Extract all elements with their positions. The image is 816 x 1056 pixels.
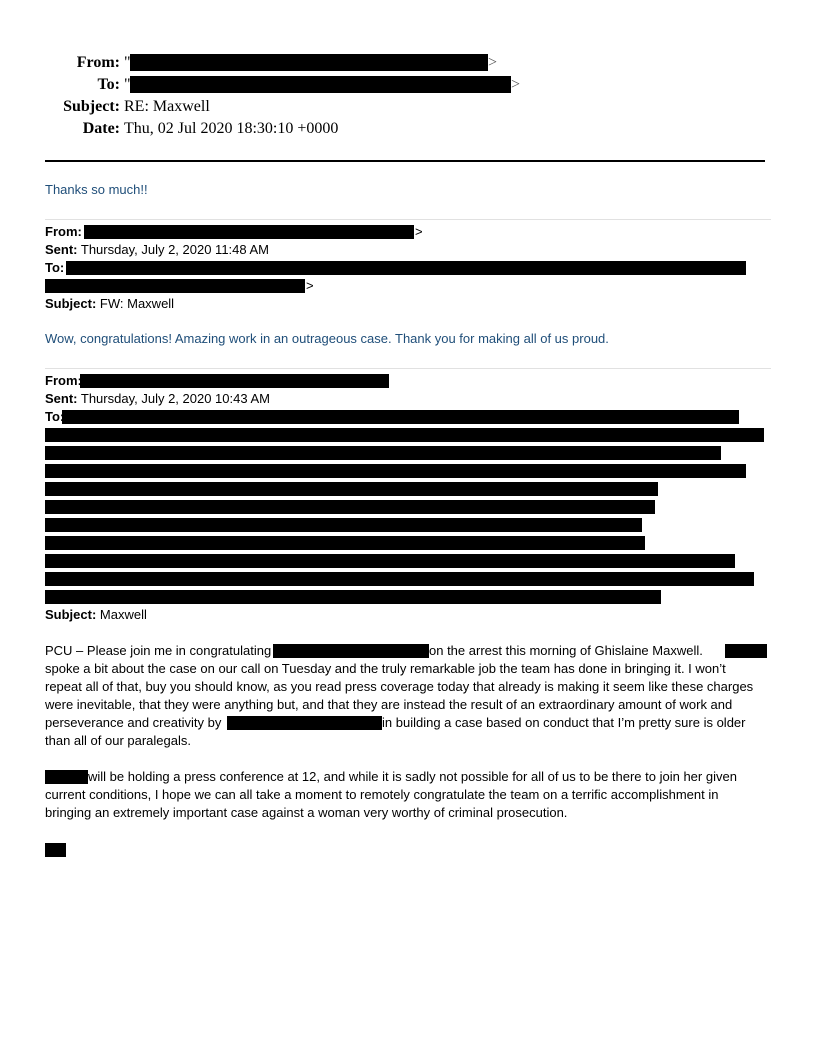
sent-label: Sent: bbox=[45, 242, 78, 257]
body-text: current conditions, I hope we can all ta… bbox=[45, 787, 718, 802]
redaction-block bbox=[84, 225, 414, 239]
redaction-block bbox=[45, 279, 305, 293]
from-label: From: bbox=[45, 224, 82, 239]
date-label: Date: bbox=[40, 120, 120, 138]
body-text: on the arrest this morning of Ghislaine … bbox=[429, 643, 703, 658]
body-text: spoke a bit about the case on our call o… bbox=[45, 661, 726, 676]
redaction-block bbox=[45, 554, 735, 568]
redaction-block bbox=[45, 536, 645, 550]
sent-value: Thursday, July 2, 2020 11:48 AM bbox=[81, 242, 269, 257]
body-text: PCU – Please join me in congratulating bbox=[45, 643, 271, 658]
subject-label: Subject: bbox=[45, 607, 96, 622]
forward-body: Wow, congratulations! Amazing work in an… bbox=[45, 331, 609, 346]
message-separator bbox=[45, 219, 771, 220]
redaction-block bbox=[45, 518, 642, 532]
body-text: bringing an extremely important case aga… bbox=[45, 805, 567, 820]
redaction-block bbox=[45, 464, 746, 478]
redaction-block bbox=[45, 572, 754, 586]
redaction-block bbox=[130, 76, 511, 93]
subject-label: Subject: bbox=[45, 296, 96, 311]
message-separator bbox=[45, 368, 771, 369]
sent-line: Sent: Thursday, July 2, 2020 10:43 AM bbox=[45, 391, 270, 406]
redaction-block bbox=[45, 590, 661, 604]
redaction-block bbox=[45, 428, 764, 442]
subject-line: Subject: FW: Maxwell bbox=[45, 296, 174, 311]
sent-value: Thursday, July 2, 2020 10:43 AM bbox=[81, 391, 270, 406]
reply-body: Thanks so much!! bbox=[45, 182, 148, 197]
signature-redaction bbox=[45, 843, 66, 857]
redaction-block bbox=[62, 410, 739, 424]
body-text: were inevitable, that they were anything… bbox=[45, 697, 732, 712]
subject-label: Subject: bbox=[40, 98, 120, 116]
redaction-block bbox=[273, 644, 429, 658]
subject-value: FW: Maxwell bbox=[100, 296, 174, 311]
redaction-block bbox=[45, 770, 88, 784]
redaction-block bbox=[45, 500, 655, 514]
from-label: From: bbox=[40, 54, 120, 72]
header-divider bbox=[45, 160, 765, 162]
to-label: To: bbox=[40, 76, 120, 94]
date-value: Thu, 02 Jul 2020 18:30:10 +0000 bbox=[124, 120, 338, 138]
subject-value: RE: Maxwell bbox=[124, 98, 210, 116]
from-suffix: > bbox=[488, 54, 497, 72]
to-suffix: > bbox=[511, 76, 520, 94]
redaction-block bbox=[130, 54, 488, 71]
sent-label: Sent: bbox=[45, 391, 78, 406]
redaction-block bbox=[45, 446, 721, 460]
body-text: will be holding a press conference at 12… bbox=[88, 769, 737, 784]
body-text: perseverance and creativity by bbox=[45, 715, 221, 730]
redaction-block bbox=[80, 374, 389, 388]
redaction-block bbox=[45, 482, 658, 496]
from-suffix: > bbox=[415, 224, 423, 239]
to-suffix: > bbox=[306, 278, 314, 293]
subject-value: Maxwell bbox=[100, 607, 147, 622]
body-text: in building a case based on conduct that… bbox=[382, 715, 746, 730]
redaction-block bbox=[725, 644, 767, 658]
sent-line: Sent: Thursday, July 2, 2020 11:48 AM bbox=[45, 242, 269, 257]
subject-line: Subject: Maxwell bbox=[45, 607, 147, 622]
body-text: than all of our paralegals. bbox=[45, 733, 191, 748]
from-label: From: bbox=[45, 373, 82, 388]
redaction-block bbox=[227, 716, 382, 730]
body-text: repeat all of that, buy you should know,… bbox=[45, 679, 753, 694]
redaction-block bbox=[66, 261, 746, 275]
to-label: To: bbox=[45, 260, 64, 275]
